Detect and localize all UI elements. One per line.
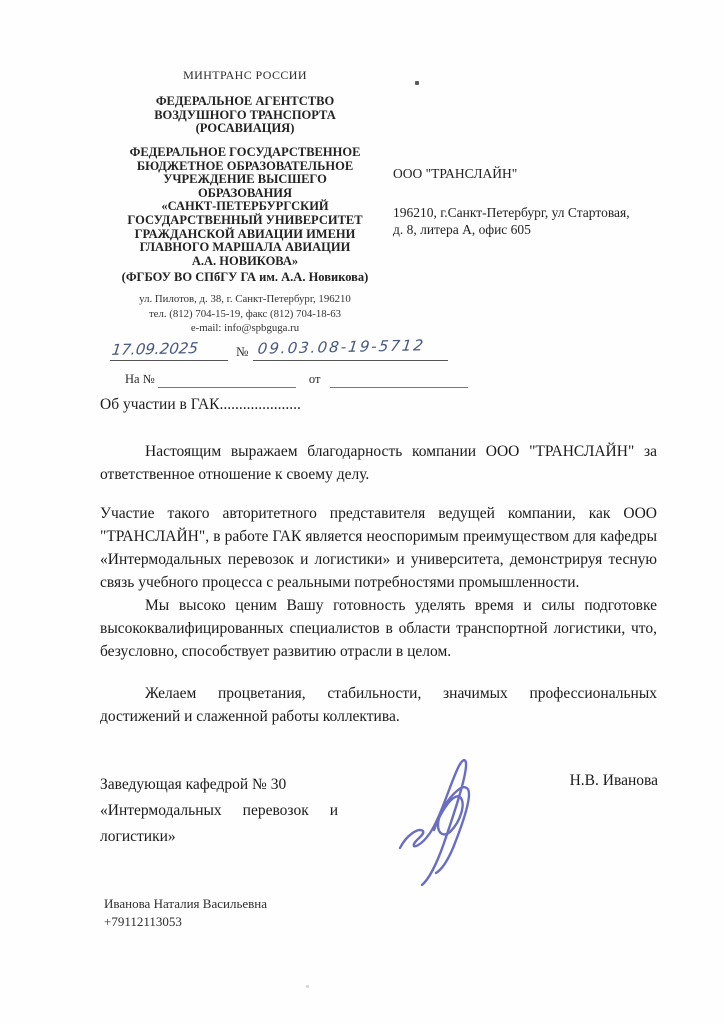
number-underline [253,340,448,361]
date-underline [110,340,228,361]
number-sign-label: № [236,344,248,360]
paragraph-3: Мы высоко ценим Вашу готовность уделять … [100,594,657,663]
letterhead-agency-line: ВОЗДУШНОГО ТРАНСПОРТА [97,109,393,123]
letterhead-ministry: МИНТРАНС РОССИИ [97,68,393,83]
paragraph-2-3: Участие такого авторитетного представите… [100,502,657,663]
signer-position-line2: «Интермодальных перевозок и [100,798,338,824]
recipient-block: ООО "ТРАНСЛАЙН" 196210, г.Санкт-Петербур… [393,165,683,238]
signer-position-line3: логистики» [100,824,338,850]
executor-phone: +79112113053 [104,913,267,931]
letterhead-agency: ФЕДЕРАЛЬНОЕ АГЕНТСТВО ВОЗДУШНОГО ТРАНСПО… [97,95,393,136]
paragraph-2: Участие такого авторитетного представите… [100,502,657,594]
paragraph-4: Желаем процветания, стабильности, значим… [100,682,657,728]
signer-position-line1: Заведующая кафедрой № 30 [100,772,338,798]
signer-name: Н.В. Иванова [480,772,658,790]
na-number-label: На № [125,372,155,386]
letterhead-email: e-mail: info@spbguga.ru [97,321,393,336]
signature-ink-svg [386,748,494,886]
handwritten-signature [386,748,494,891]
letterhead-abbreviation: (ФГБОУ ВО СПбГУ ГА им. А.А. Новикова) [97,270,393,285]
letterhead-university-line: ФЕДЕРАЛЬНОЕ ГОСУДАРСТВЕННОЕ [97,146,393,160]
ot-label: от [309,372,321,386]
executor-contact: Иванова Наталия Васильевна +79112113053 [104,895,267,930]
recipient-name: ООО "ТРАНСЛАЙН" [393,165,683,182]
executor-name: Иванова Наталия Васильевна [104,895,267,913]
letterhead-university-line: «САНКТ-ПЕТЕРБУРГСКИЙ [97,200,393,214]
letterhead-contacts: ул. Пилотов, д. 38, г. Санкт-Петербург, … [97,292,393,336]
letterhead-university-line: ГРАЖДАНСКОЙ АВИАЦИИ ИМЕНИ [97,228,393,242]
letterhead-university-line: ГЛАВНОГО МАРШАЛА АВИАЦИИ [97,241,393,255]
recipient-address-line2: д. 8, литера А, офис 605 [393,221,683,238]
scan-speck [415,81,419,85]
letterhead-university-line: ОБРАЗОВАНИЯ [97,187,393,201]
letterhead-phone-fax: тел. (812) 704-15-19, факс (812) 704-18-… [97,307,393,322]
letterhead-agency-line: ФЕДЕРАЛЬНОЕ АГЕНТСТВО [97,95,393,109]
letterhead-university-line: УЧРЕЖДЕНИЕ ВЫСШЕГО [97,173,393,187]
recipient-address-line1: 196210, г.Санкт-Петербург, ул Стартовая, [393,204,683,221]
scanned-letter-page: МИНТРАНС РОССИИ ФЕДЕРАЛЬНОЕ АГЕНТСТВО ВО… [0,0,724,1024]
letterhead-university-line: ГОСУДАРСТВЕННЫЙ УНИВЕРСИТЕТ [97,214,393,228]
letterhead-agency-line: (РОСАВИАЦИЯ) [97,122,393,136]
paragraph-1: Настоящим выражаем благодарность компани… [100,440,657,486]
letterhead-university-line: БЮДЖЕТНОЕ ОБРАЗОВАТЕЛЬНОЕ [97,160,393,174]
scan-speck [306,985,309,988]
letterhead-address: ул. Пилотов, д. 38, г. Санкт-Петербург, … [97,292,393,307]
reply-reference-row: На № от [125,372,468,388]
letterhead-university-line: А.А. НОВИКОВА» [97,255,393,269]
subject-line: Об участии в ГАК..................... [100,396,660,414]
letterhead-university: ФЕДЕРАЛЬНОЕ ГОСУДАРСТВЕННОЕ БЮДЖЕТНОЕ ОБ… [97,146,393,268]
na-number-blank [158,372,296,388]
ot-date-blank [330,372,468,388]
signer-position: Заведующая кафедрой № 30 «Интермодальных… [100,772,338,850]
